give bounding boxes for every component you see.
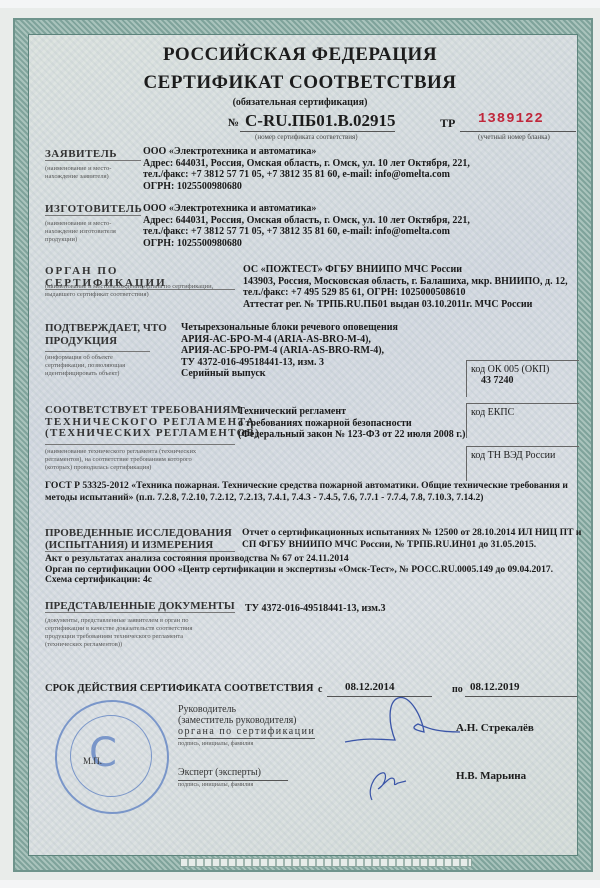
manufacturer-caption: (наименование и место-нахождение изготов…: [45, 220, 125, 244]
regulation-heading-line: (ТЕХНИЧЕСКИХ РЕГЛАМЕНТОВ): [45, 428, 260, 440]
expert-signature-icon: [362, 765, 412, 805]
product-caption: (информация об объекте сертификации, поз…: [45, 354, 150, 378]
certificate-number-caption: (номер сертификата соответствия): [255, 133, 358, 141]
stamp-logo-icon: C: [89, 730, 117, 776]
documents-value: ТУ 4372-016-49518441-13, изм.3: [245, 603, 385, 615]
regulation-heading: СООТВЕТСТВУЕТ ТРЕБОВАНИЯМ ТЕХНИЧЕСКОГО Р…: [45, 405, 260, 440]
ekps-code-label: код ЕКПС: [471, 407, 575, 418]
product-details: Четырехзональные блоки речевого оповещен…: [181, 322, 398, 380]
tests-extra-line: Схема сертификации: 4с: [45, 575, 553, 586]
tests-line: СП ФГБУ ВНИИПО МЧС России, № ТРПБ.RU.ИН0…: [242, 539, 581, 551]
expert-signature-underline: [178, 780, 288, 781]
okp-code-value: 43 7240: [471, 375, 575, 386]
head-label-line: Руководитель: [178, 704, 315, 715]
regulation-line: (Федеральный закон № 123-ФЗ от 22 июля 2…: [238, 429, 465, 441]
tests-heading: ПРОВЕДЕННЫЕ ИССЛЕДОВАНИЯ (ИСПЫТАНИЯ) И И…: [45, 527, 232, 551]
head-signature-underline: [178, 738, 315, 739]
applicant-line: Адрес: 644031, Россия, Омская область, г…: [143, 158, 470, 170]
regulation-caption: (наименование технического регламента (т…: [45, 448, 215, 472]
manufacturer-line: ООО «Электротехника и автоматика»: [143, 203, 470, 215]
tests-heading-line: ПРОВЕДЕННЫЕ ИССЛЕДОВАНИЯ: [45, 527, 232, 539]
documents-heading: ПРЕДСТАВЛЕННЫЕ ДОКУМЕНТЫ: [45, 600, 235, 613]
manufacturer-details: ООО «Электротехника и автоматика» Адрес:…: [143, 203, 470, 249]
product-line: АРИЯ-АС-БРО-М-4 (ARIA-AS-BRO-M-4),: [181, 334, 398, 346]
applicant-line: ОГРН: 1025500980680: [143, 181, 470, 193]
certification-body-line: Аттестат рег. № ТРПБ.RU.ПБ01 выдан 03.10…: [243, 299, 568, 311]
documents-caption: (документы, представленные заявителем в …: [45, 617, 215, 649]
manufacturer-line: тел./факс: +7 3812 57 71 05, +7 3812 35 …: [143, 226, 470, 238]
applicant-line: ООО «Электротехника и автоматика»: [143, 146, 470, 158]
certification-body-caption: (наименование и местонахождение органа п…: [45, 283, 235, 299]
okp-code-label: код ОК 005 (ОКП): [471, 364, 575, 375]
head-signature-label: Руководитель (заместитель руководителя) …: [178, 704, 315, 737]
tests-heading-line: (ИСПЫТАНИЯ) И ИЗМЕРЕНИЯ: [45, 539, 232, 551]
standard-reference: ГОСТ Р 53325-2012 «Техника пожарная. Тех…: [45, 480, 585, 503]
certification-body-line: 143903, Россия, Московская область, г. Б…: [243, 276, 568, 288]
applicant-details: ООО «Электротехника и автоматика» Адрес:…: [143, 146, 470, 192]
blank-number: 1389122: [478, 111, 544, 127]
product-line: Четырехзональные блоки речевого оповещен…: [181, 322, 398, 334]
expert-signature-caption: подпись, инициалы, фамилия: [178, 782, 253, 788]
manufacturer-heading: ИЗГОТОВИТЕЛЬ: [45, 203, 141, 216]
certificate-subtitle: (обязательная сертификация): [0, 97, 600, 108]
certificate-number: C-RU.ПБ01.В.02915: [245, 111, 396, 131]
footer-microtext: [180, 858, 472, 867]
head-signature-icon: [340, 692, 470, 752]
regulation-details: Технический регламент о требованиях пожа…: [238, 406, 465, 441]
tests-extra-details: Акт о результатах анализа состояния прои…: [45, 554, 553, 586]
ekps-code-box: код ЕКПС: [466, 403, 579, 438]
certification-body-line: тел./факс: +7 495 529 85 61, ОГРН: 10250…: [243, 287, 568, 299]
product-heading-underline: [45, 351, 150, 352]
tests-extra-line: Акт о результатах анализа состояния прои…: [45, 554, 553, 565]
tnved-code-box: код ТН ВЭД России: [466, 446, 579, 481]
standard-line: методы испытаний» (п.п. 7.2.8, 7.2.10, 7…: [45, 492, 585, 504]
standard-line: ГОСТ Р 53325-2012 «Техника пожарная. Тех…: [45, 480, 585, 492]
blank-number-caption: (учетный номер бланка): [478, 133, 550, 141]
product-heading-line: ПОДТВЕРЖДАЕТ, ЧТО: [45, 322, 167, 335]
tnved-code-label: код ТН ВЭД России: [471, 450, 575, 461]
product-heading-line: ПРОДУКЦИЯ: [45, 335, 167, 348]
certification-body-line: ОС «ПОЖТЕСТ» ФГБУ ВНИИПО МЧС России: [243, 264, 568, 276]
validity-to-date: 08.12.2019: [470, 681, 520, 693]
official-stamp: C: [55, 700, 169, 814]
head-label-line: (заместитель руководителя): [178, 715, 315, 726]
product-line: Серийный выпуск: [181, 368, 398, 380]
applicant-caption: (наименование и место-нахождение заявите…: [45, 165, 120, 181]
head-label-line: органа по сертификации: [178, 726, 315, 737]
applicant-line: тел./факс: +7 3812 57 71 05, +7 3812 35 …: [143, 169, 470, 181]
regulation-line: Технический регламент: [238, 406, 465, 418]
country-title: РОССИЙСКАЯ ФЕДЕРАЦИЯ: [0, 44, 600, 66]
certificate-title: СЕРТИФИКАТ СООТВЕТСТВИЯ: [0, 72, 600, 94]
product-line: АРИЯ-АС-БРО-РМ-4 (ARIA-AS-BRO-RM-4),: [181, 345, 398, 357]
head-name: А.Н. Стрекалёв: [456, 722, 534, 734]
tests-heading-underline: [45, 551, 235, 552]
expert-signature-label: Эксперт (эксперты): [178, 767, 261, 778]
regulation-line: о требованиях пожарной безопасности: [238, 418, 465, 430]
head-signature-caption: подпись, инициалы, фамилия: [178, 741, 253, 747]
number-sign: №: [228, 117, 239, 129]
tests-details: Отчет о сертификационных испытаниях № 12…: [242, 527, 581, 550]
regulation-heading-underline: [45, 444, 235, 445]
manufacturer-line: Адрес: 644031, Россия, Омская область, г…: [143, 215, 470, 227]
stamp-label: М.П.: [83, 756, 102, 766]
tp-label: ТР: [440, 116, 455, 131]
validity-from-label: с: [318, 684, 322, 695]
regulation-heading-line: СООТВЕТСТВУЕТ ТРЕБОВАНИЯМ: [45, 405, 260, 417]
manufacturer-line: ОГРН: 1025500980680: [143, 238, 470, 250]
applicant-heading: ЗАЯВИТЕЛЬ: [45, 148, 141, 161]
validity-to-underline: [465, 696, 577, 697]
okp-code-box: код ОК 005 (ОКП) 43 7240: [466, 360, 579, 397]
certificate-number-underline: [240, 131, 395, 132]
product-heading: ПОДТВЕРЖДАЕТ, ЧТО ПРОДУКЦИЯ: [45, 322, 167, 348]
product-line: ТУ 4372-016-49518441-13, изм. 3: [181, 357, 398, 369]
certification-body-details: ОС «ПОЖТЕСТ» ФГБУ ВНИИПО МЧС России 1439…: [243, 264, 568, 310]
expert-name: Н.В. Марьина: [456, 770, 526, 782]
validity-label: СРОК ДЕЙСТВИЯ СЕРТИФИКАТА СООТВЕТСТВИЯ: [45, 683, 313, 694]
tests-line: Отчет о сертификационных испытаниях № 12…: [242, 527, 581, 539]
blank-number-underline: [460, 131, 576, 132]
